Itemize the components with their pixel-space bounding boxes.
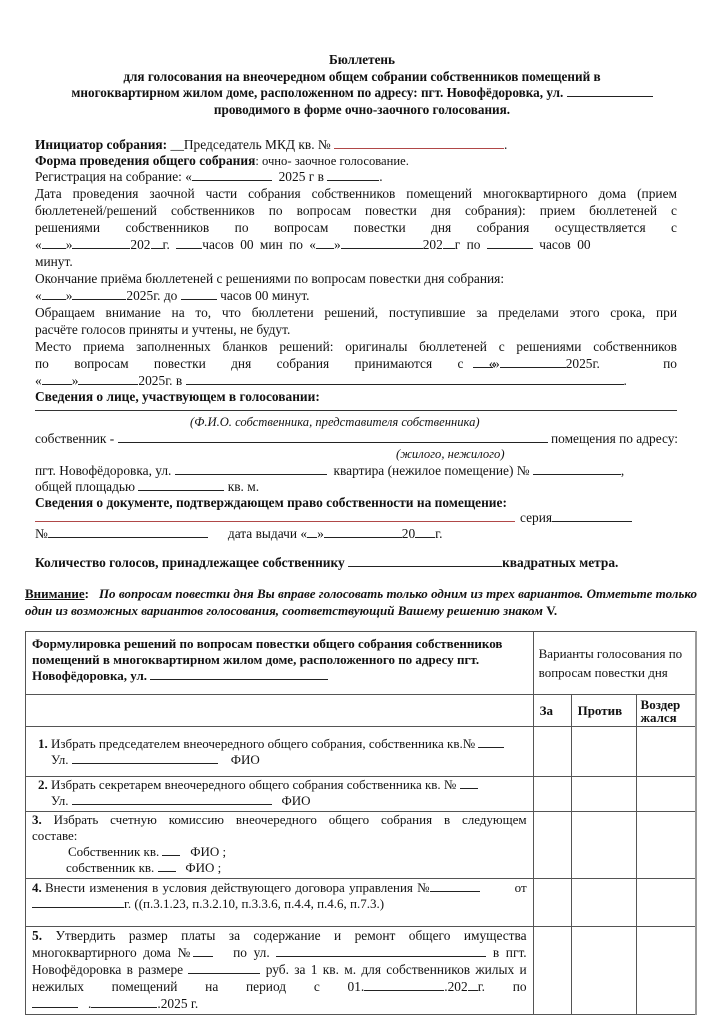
zaoch-end-year-blank[interactable] <box>443 237 455 249</box>
q3-vote-against[interactable] <box>571 812 636 879</box>
issue-year-blank[interactable] <box>415 526 435 538</box>
street-blank-2[interactable] <box>175 463 327 475</box>
end-hour-blank[interactable] <box>181 288 217 300</box>
votes-count-line: Количество голосов, принадлежащее собств… <box>35 554 677 571</box>
table-row: 4. Внести изменения в условия действующе… <box>26 879 697 927</box>
q4-contract-date-blank[interactable] <box>32 896 124 908</box>
col-abstain-header: Воздер жался <box>636 695 696 727</box>
fio-caption: (Ф.И.О. собственника, представителя собс… <box>190 414 480 431</box>
q5-house-number-blank[interactable] <box>193 945 213 957</box>
place-location-blank[interactable] <box>186 373 624 385</box>
registration-date-blank[interactable] <box>192 169 272 181</box>
voting-table: Формулировка решений по вопросам повестк… <box>25 631 697 1015</box>
notice-text-1: Обращаем внимание на то, что бюллетени р… <box>35 304 677 321</box>
votes-count-blank[interactable] <box>348 555 502 567</box>
q5-period-start-year-blank[interactable] <box>468 979 478 991</box>
header-street-blank[interactable] <box>150 668 328 680</box>
end-date-line: «»2025г. до часов 00 минут. <box>35 287 677 304</box>
zaoch-start-year-blank[interactable] <box>151 237 163 249</box>
place-text-2: по вопросам повестки дня собрания приним… <box>35 355 677 372</box>
q4-vote-abstain[interactable] <box>636 879 696 927</box>
question-4-cell: 4. Внести изменения в условия действующе… <box>26 879 534 927</box>
area-blank[interactable] <box>138 479 224 491</box>
doc-number-blank[interactable] <box>48 526 208 538</box>
zaoch-start-hour-blank[interactable] <box>176 237 202 249</box>
zaoch-text-3: решениями собственников по вопросам пове… <box>35 219 677 236</box>
col-for-header: За <box>533 695 571 727</box>
place-end-day-blank[interactable] <box>42 373 72 385</box>
q4-vote-against[interactable] <box>571 879 636 927</box>
table-row: 2. Избрать секретарем внеочередного обще… <box>26 777 697 812</box>
ballot-subtitle-2: многоквартирном жилом доме, расположенно… <box>0 85 724 102</box>
q3-member1-apartment-blank[interactable] <box>162 844 180 856</box>
attention-notice: Внимание: По вопросам повестки дня Вы вп… <box>25 585 697 619</box>
end-label: Окончание приёма бюллетеней с решениями … <box>35 270 677 287</box>
zaoch-text-2: бюллетеней/решений собственников по вопр… <box>35 202 677 219</box>
q4-vote-for[interactable] <box>533 879 571 927</box>
table-row: 3. Избрать счетную комиссию внеочередног… <box>26 812 697 879</box>
premises-caption: (жилого, нежилого) <box>396 446 505 463</box>
series-field: серия <box>520 509 632 526</box>
question-1-cell: 1. Избрать председателем внеочередного о… <box>26 727 534 777</box>
zaoch-end-hour-blank[interactable] <box>487 237 533 249</box>
header-wording-cell: Формулировка решений по вопросам повестк… <box>26 632 534 695</box>
zaoch-text-end: минут. <box>35 253 677 270</box>
q2-vote-against[interactable] <box>571 777 636 812</box>
initiator-line: Инициатор собрания: __Председатель МКД к… <box>35 136 677 153</box>
fio-blank[interactable] <box>35 410 677 411</box>
ballot-subtitle-1: для голосования на внеочередном общем со… <box>0 69 724 86</box>
q1-vote-against[interactable] <box>571 727 636 777</box>
ballot-title: Бюллетень <box>0 52 724 69</box>
zaoch-text-1: Дата проведения заочной части собрания с… <box>35 185 677 202</box>
owner-line: собственник - помещения по адресу: <box>35 430 677 447</box>
registration-line: Регистрация на собрание: « 2025 г в . <box>35 168 677 185</box>
header-options-cell: Варианты голосования по вопросам повестк… <box>533 632 696 695</box>
zaoch-end-month-blank[interactable] <box>341 237 423 249</box>
q1-vote-for[interactable] <box>533 727 571 777</box>
question-3-cell: 3. Избрать счетную комиссию внеочередног… <box>26 812 534 879</box>
zaoch-dates-line: «»202г. часов 00 мин по «»202г по часов … <box>35 236 677 253</box>
registration-time-blank[interactable] <box>327 169 379 181</box>
initiator-apartment-blank[interactable] <box>334 137 504 149</box>
place-text-3: «»2025г. в . <box>35 372 677 389</box>
ownership-doc-blank[interactable] <box>35 521 515 522</box>
area-line: общей площадью кв. м. <box>35 478 677 495</box>
q5-period-end-month-blank[interactable] <box>91 996 157 1008</box>
question-2-cell: 2. Избрать секретарем внеочередного обще… <box>26 777 534 812</box>
street-blank[interactable] <box>567 85 653 97</box>
notice-text-2: расчёте голосов приняты и учтены, не буд… <box>35 321 677 338</box>
end-month-blank[interactable] <box>72 288 126 300</box>
q3-vote-abstain[interactable] <box>636 812 696 879</box>
person-heading: Сведения о лице, участвующем в голосован… <box>35 388 677 405</box>
q1-apartment-blank[interactable] <box>478 736 504 748</box>
q2-vote-abstain[interactable] <box>636 777 696 812</box>
q1-vote-abstain[interactable] <box>636 727 696 777</box>
q5-street-blank[interactable] <box>276 945 486 957</box>
q2-vote-for[interactable] <box>533 777 571 812</box>
q5-vote-against[interactable] <box>571 927 636 1015</box>
table-subheader-row: За Против Воздер жался <box>26 695 697 727</box>
zaoch-start-day-blank[interactable] <box>42 237 66 249</box>
q5-vote-abstain[interactable] <box>636 927 696 1015</box>
ballot-subtitle-3: проводимого в форме очно-заочного голосо… <box>0 102 724 119</box>
table-row: 1. Избрать председателем внеочередного о… <box>26 727 697 777</box>
col-against-header: Против <box>571 695 636 727</box>
end-day-blank[interactable] <box>42 288 66 300</box>
q2-street-blank[interactable] <box>72 793 272 805</box>
series-blank[interactable] <box>552 510 632 522</box>
q2-apartment-blank[interactable] <box>460 777 478 789</box>
zaoch-end-day-blank[interactable] <box>316 237 334 249</box>
ballot-title-block: Бюллетень для голосования на внеочередно… <box>0 52 724 118</box>
q5-rate-blank[interactable] <box>188 962 260 974</box>
issue-month-blank[interactable] <box>324 526 402 538</box>
owner-type-blank[interactable] <box>118 431 548 443</box>
q4-contract-number-blank[interactable] <box>430 880 480 892</box>
place-end-month-blank[interactable] <box>78 373 138 385</box>
q5-period-end-day-blank[interactable] <box>32 996 78 1008</box>
place-text-1: Место приема заполненных бланков решений… <box>35 338 677 355</box>
address-line: пгт. Новофёдоровка, ул. квартира (нежило… <box>35 462 677 479</box>
table-header-row: Формулировка решений по вопросам повестк… <box>26 632 697 695</box>
table-row: 5. Утвердить размер платы за содержание … <box>26 927 697 1015</box>
question-5-cell: 5. Утвердить размер платы за содержание … <box>26 927 534 1015</box>
apartment-number-blank[interactable] <box>533 463 621 475</box>
subheader-empty-cell <box>26 695 534 727</box>
doc-number-line: № дата выдачи «»20г. <box>35 525 677 542</box>
q5-period-start-blank[interactable] <box>364 979 444 991</box>
place-start-month-blank[interactable] <box>500 356 566 368</box>
q5-vote-for[interactable] <box>533 927 571 1015</box>
zaoch-start-month-blank[interactable] <box>72 237 130 249</box>
issue-day-blank[interactable] <box>307 526 317 538</box>
q3-vote-for[interactable] <box>533 812 571 879</box>
place-start-day-blank[interactable] <box>473 356 493 368</box>
q1-street-blank[interactable] <box>72 752 218 764</box>
q3-member2-apartment-blank[interactable] <box>158 860 176 872</box>
